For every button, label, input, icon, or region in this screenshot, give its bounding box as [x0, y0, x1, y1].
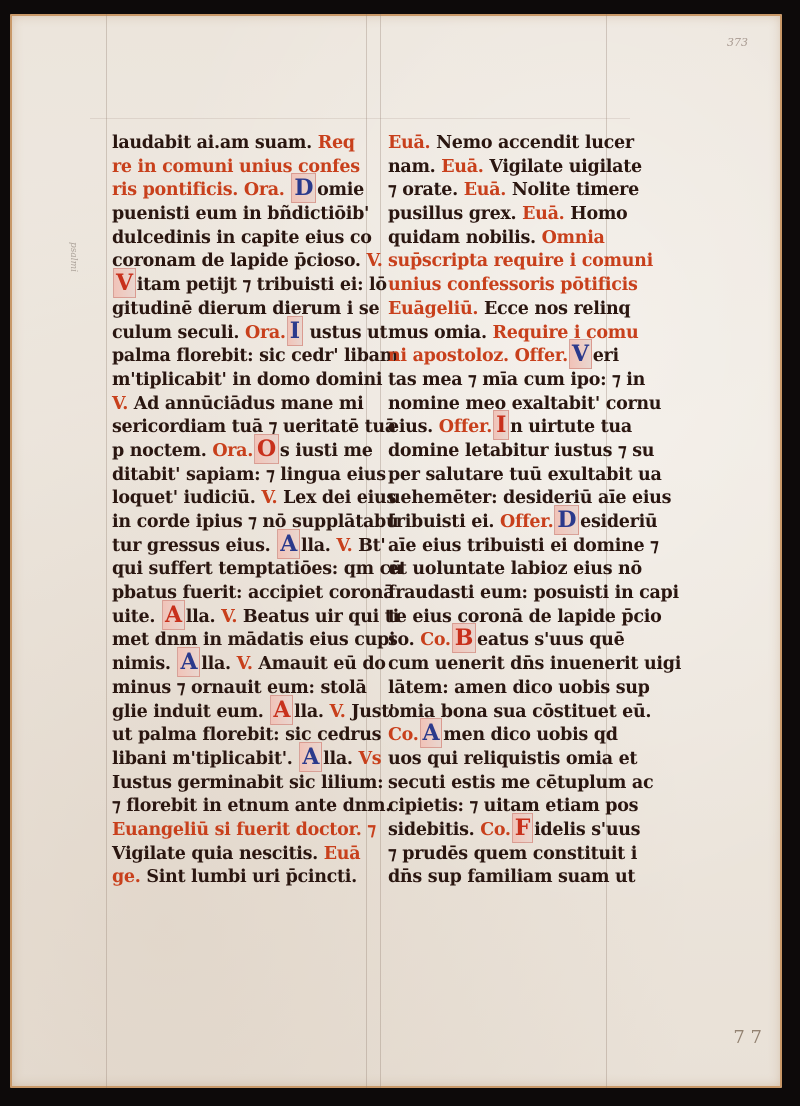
- text-segment: minus ⁊ ornauit eum: stolā: [112, 678, 367, 698]
- text-line: aīe eius tribuisti ei domine ⁊: [388, 535, 620, 559]
- illuminated-initial: D: [291, 173, 316, 203]
- rubric-text: Co.: [420, 630, 451, 650]
- illuminated-initial: I: [493, 410, 509, 440]
- rubric-text: V.: [336, 536, 352, 556]
- illuminated-initial: F: [512, 813, 533, 843]
- text-line: unius confessoris pōtificis: [388, 274, 620, 298]
- text-line: ⁊ florebit in etnum ante dnm.: [112, 795, 362, 819]
- text-segment: Just': [346, 702, 395, 722]
- text-segment: eri: [593, 346, 619, 366]
- text-line: dn̄s sup familiam suam ut: [388, 866, 620, 890]
- text-segment: cum uenerit dn̄s inuenerit uigi: [388, 654, 681, 674]
- rubric-text: Co.: [480, 820, 511, 840]
- text-line: Vitam petijt ⁊ tribuisti ei: lō: [112, 274, 362, 298]
- text-segment: uehemēter: desideriū aīe eius: [388, 488, 671, 508]
- text-segment: per salutare tuū exultabit ua: [388, 465, 662, 485]
- ruling-line-top: [90, 118, 630, 119]
- text-segment: sidebitis.: [388, 820, 480, 840]
- text-segment: tur gressus eius.: [112, 536, 276, 556]
- text-line: qui suffert temptatiōes: qm cū: [112, 558, 362, 582]
- text-line: met dnm in mādatis eius cupi: [112, 629, 362, 653]
- rubric-text: V.: [329, 702, 345, 722]
- text-line: re in comuni unius confes: [112, 156, 362, 180]
- text-segment: quidam nobilis.: [388, 228, 542, 248]
- text-line: m'tiplicabit' in domo domini: [112, 369, 362, 393]
- margin-annotation: psalmi: [68, 242, 78, 272]
- text-line: ut palma florebit: sic cedrus: [112, 724, 362, 748]
- rubric-text: unius confessoris pōtificis: [388, 275, 638, 295]
- text-segment: ⁊ florebit in etnum ante dnm.: [112, 796, 391, 816]
- text-line: nimis. Alla. V. Amauit eū do: [112, 653, 362, 677]
- text-line: fraudasti eum: posuisti in capi: [388, 582, 620, 606]
- illuminated-initial: B: [452, 623, 476, 653]
- text-segment: Sint lumbi uri p̄cincti.: [141, 867, 357, 887]
- text-line: ni apostoloz. Offer.Veri: [388, 345, 620, 369]
- text-line: ⁊ orate. Euā. Nolite timere: [388, 179, 620, 203]
- text-line: sup̄scripta require i comuni: [388, 250, 620, 274]
- rubric-text: ge.: [112, 867, 141, 887]
- rubric-text: Euā: [324, 844, 361, 864]
- rubric-text: ris pontificis. Ora.: [112, 180, 290, 200]
- text-line: Euā. Nemo accendit lucer: [388, 132, 620, 156]
- illuminated-initial: I: [287, 316, 303, 346]
- text-segment: Beatus uir qui ti: [237, 607, 399, 627]
- text-segment: culum seculi.: [112, 323, 245, 343]
- text-segment: met dnm in mādatis eius cupi: [112, 630, 395, 650]
- rubric-text: Omnia: [542, 228, 605, 248]
- rubric-text: V.: [261, 488, 277, 508]
- text-line: domine letabitur iustus ⁊ su: [388, 440, 620, 464]
- text-line: glie induit eum. Alla. V. Just': [112, 701, 362, 725]
- rubric-text: Vs: [359, 749, 382, 769]
- text-segment: Bt': [352, 536, 385, 556]
- text-segment: lla.: [201, 654, 236, 674]
- text-line: puenisti eum in bñdictiōib': [112, 203, 362, 227]
- text-line: laudabit ai.am suam. Req: [112, 132, 362, 156]
- illuminated-initial: V: [569, 339, 592, 369]
- text-segment: omie: [317, 180, 364, 200]
- text-segment: te eius coronā de lapide p̄cio: [388, 607, 661, 627]
- text-segment: eatus s'uus quē: [477, 630, 624, 650]
- text-segment: ut palma florebit: sic cedrus: [112, 725, 381, 745]
- rubric-text: V.: [237, 654, 253, 674]
- rubric-text: Euā.: [522, 204, 564, 224]
- text-line: Euāgeliū. Ecce nos relinq: [388, 298, 620, 322]
- text-segment: Lex dei eius: [277, 488, 396, 508]
- illuminated-initial: A: [277, 529, 300, 559]
- text-line: ditabit' sapiam: ⁊ lingua eius: [112, 464, 362, 488]
- text-segment: pusillus grex.: [388, 204, 522, 224]
- illuminated-initial: V: [113, 268, 136, 298]
- text-segment: lla.: [294, 702, 329, 722]
- text-segment: so.: [388, 630, 420, 650]
- text-segment: nimis.: [112, 654, 176, 674]
- illuminated-initial: O: [254, 434, 279, 464]
- text-segment: mus omia.: [388, 323, 493, 343]
- text-segment: et uoluntate labioz eius nō: [388, 559, 642, 579]
- text-segment: ustus ut: [304, 323, 388, 343]
- rubric-text: Euā.: [464, 180, 506, 200]
- rubric-text: ni apostoloz. Offer.: [388, 346, 568, 366]
- rubric-text: Euā.: [441, 157, 483, 177]
- text-segment: Homo: [564, 204, 627, 224]
- text-segment: tribuisti ei.: [388, 512, 500, 532]
- text-segment: qui suffert temptatiōes: qm cū: [112, 559, 402, 579]
- rubric-text: re in comuni unius confes: [112, 157, 360, 177]
- text-segment: puenisti eum in bñdictiōib': [112, 204, 369, 224]
- text-segment: eius.: [388, 417, 439, 437]
- text-segment: tas mea ⁊ mīa cum ipo: ⁊ in: [388, 370, 645, 390]
- text-line: gitudinē dierum dierum i se: [112, 298, 362, 322]
- text-segment: libani m'tiplicabit'.: [112, 749, 298, 769]
- rubric-text: Req: [318, 133, 355, 153]
- text-line: Co.Amen dico uobis qd: [388, 724, 620, 748]
- text-segment: pbatus fuerit: accipiet coronā: [112, 583, 394, 603]
- text-column-left: laudabit ai.am suam. Reqre in comuni uni…: [112, 132, 362, 890]
- text-segment: Iustus germinabit sic lilium:: [112, 773, 383, 793]
- text-segment: dulcedinis in capite eius co: [112, 228, 372, 248]
- text-segment: m'tiplicabit' in domo domini: [112, 370, 382, 390]
- rubric-text: Offer.: [500, 512, 553, 532]
- ruling-line-left-outer: [106, 14, 107, 1088]
- text-line: te eius coronā de lapide p̄cio: [388, 606, 620, 630]
- text-segment: palma florebit: sic cedr' libam: [112, 346, 398, 366]
- illuminated-initial: A: [162, 600, 185, 630]
- folio-number: 373: [727, 36, 748, 49]
- text-segment: uite.: [112, 607, 161, 627]
- text-segment: idelis s'uus: [534, 820, 640, 840]
- text-line: Euangeliū si fuerit doctor. ⁊: [112, 819, 362, 843]
- rubric-text: Offer.: [439, 417, 492, 437]
- text-segment: men dico uobis qd: [443, 725, 617, 745]
- text-line: Iustus germinabit sic lilium:: [112, 772, 362, 796]
- rubric-text: Co.: [388, 725, 419, 745]
- text-segment: secuti estis me cētuplum ac: [388, 773, 653, 793]
- corner-mark: 7 7: [733, 1027, 762, 1048]
- text-line: minus ⁊ ornauit eum: stolā: [112, 677, 362, 701]
- text-line: et uoluntate labioz eius nō: [388, 558, 620, 582]
- text-segment: glie induit eum.: [112, 702, 269, 722]
- text-segment: loquet' iudiciū.: [112, 488, 261, 508]
- text-line: ris pontificis. Ora. Domie: [112, 179, 362, 203]
- text-line: uehemēter: desideriū aīe eius: [388, 487, 620, 511]
- text-segment: laudabit ai.am suam.: [112, 133, 318, 153]
- rubric-text: Euāgeliū.: [388, 299, 478, 319]
- text-segment: Ecce nos relinq: [478, 299, 630, 319]
- text-line: eius. Offer.In uirtute tua: [388, 416, 620, 440]
- rubric-text: sup̄scripta require i comuni: [388, 251, 653, 271]
- text-line: V. Ad annūciādus mane mi: [112, 393, 362, 417]
- text-segment: aīe eius tribuisti ei domine ⁊: [388, 536, 659, 556]
- text-line: Vigilate quia nescitis. Euā: [112, 843, 362, 867]
- text-line: coronam de lapide p̄cioso. V.: [112, 250, 362, 274]
- text-line: pbatus fuerit: accipiet coronā: [112, 582, 362, 606]
- illuminated-initial: A: [177, 647, 200, 677]
- text-segment: lla.: [301, 536, 336, 556]
- text-segment: dn̄s sup familiam suam ut: [388, 867, 635, 887]
- text-line: uite. Alla. V. Beatus uir qui ti: [112, 606, 362, 630]
- text-line: ge. Sint lumbi uri p̄cincti.: [112, 866, 362, 890]
- text-line: cipietis: ⁊ uitam etiam pos: [388, 795, 620, 819]
- rubric-text: V.: [221, 607, 237, 627]
- text-segment: in corde ipius ⁊ nō supplātabū: [112, 512, 398, 532]
- text-segment: nomine meo exaltabit' cornu: [388, 394, 661, 414]
- text-line: palma florebit: sic cedr' libam: [112, 345, 362, 369]
- text-segment: p noctem.: [112, 441, 212, 461]
- rubric-text: V.: [367, 251, 383, 271]
- rubric-text: Ora.: [212, 441, 253, 461]
- text-segment: Vigilate uigilate: [484, 157, 642, 177]
- text-segment: Ad annūciādus mane mi: [128, 394, 363, 414]
- text-line: so. Co.Beatus s'uus quē: [388, 629, 620, 653]
- text-column-right: Euā. Nemo accendit lucernam. Euā. Vigila…: [388, 132, 620, 890]
- text-line: tribuisti ei. Offer.Desideriū: [388, 511, 620, 535]
- illuminated-initial: D: [554, 505, 579, 535]
- text-segment: coronam de lapide p̄cioso.: [112, 251, 367, 271]
- text-line: culum seculi. Ora.I ustus ut: [112, 322, 362, 346]
- text-segment: ditabit' sapiam: ⁊ lingua eius: [112, 465, 386, 485]
- text-segment: uos qui reliquistis omia et: [388, 749, 637, 769]
- text-segment: n uirtute tua: [510, 417, 632, 437]
- illuminated-initial: A: [420, 718, 443, 748]
- illuminated-initial: A: [299, 742, 322, 772]
- text-segment: fraudasti eum: posuisti in capi: [388, 583, 679, 603]
- text-line: tas mea ⁊ mīa cum ipo: ⁊ in: [388, 369, 620, 393]
- text-segment: domine letabitur iustus ⁊ su: [388, 441, 654, 461]
- manuscript-leaf: 373 psalmi 7 7 laudabit ai.am suam. Reqr…: [10, 14, 782, 1088]
- text-segment: Vigilate quia nescitis.: [112, 844, 324, 864]
- text-segment: ⁊ orate.: [388, 180, 464, 200]
- text-line: cum uenerit dn̄s inuenerit uigi: [388, 653, 620, 677]
- text-segment: lla.: [323, 749, 358, 769]
- text-segment: ⁊ prudēs quem constituit i: [388, 844, 637, 864]
- text-segment: Nolite timere: [506, 180, 639, 200]
- text-line: lātem: amen dico uobis sup: [388, 677, 620, 701]
- text-segment: lātem: amen dico uobis sup: [388, 678, 650, 698]
- text-line: p noctem. Ora.Os iusti me: [112, 440, 362, 464]
- text-line: tur gressus eius. Alla. V. Bt': [112, 535, 362, 559]
- text-segment: gitudinē dierum dierum i se: [112, 299, 379, 319]
- text-line: sericordiam tuā ⁊ ueritatē tuā: [112, 416, 362, 440]
- rubric-text: V.: [112, 394, 128, 414]
- text-segment: itam petijt ⁊ tribuisti ei: lō: [137, 275, 387, 295]
- text-segment: Amauit eū do: [253, 654, 386, 674]
- text-line: pusillus grex. Euā. Homo: [388, 203, 620, 227]
- text-line: uos qui reliquistis omia et: [388, 748, 620, 772]
- text-line: loquet' iudiciū. V. Lex dei eius: [112, 487, 362, 511]
- text-segment: nam.: [388, 157, 441, 177]
- text-line: in corde ipius ⁊ nō supplātabū: [112, 511, 362, 535]
- rubric-text: Euangeliū si fuerit doctor. ⁊: [112, 820, 376, 840]
- rubric-text: Ora.: [245, 323, 286, 343]
- rubric-text: Require i comu: [493, 323, 639, 343]
- text-line: sidebitis. Co.Fidelis s'uus: [388, 819, 620, 843]
- text-line: nam. Euā. Vigilate uigilate: [388, 156, 620, 180]
- text-line: per salutare tuū exultabit ua: [388, 464, 620, 488]
- text-segment: lla.: [186, 607, 221, 627]
- text-segment: s iusti me: [280, 441, 373, 461]
- text-line: quidam nobilis. Omnia: [388, 227, 620, 251]
- text-line: secuti estis me cētuplum ac: [388, 772, 620, 796]
- text-line: dulcedinis in capite eius co: [112, 227, 362, 251]
- rubric-text: Euā.: [388, 133, 430, 153]
- text-segment: Nemo accendit lucer: [430, 133, 633, 153]
- text-segment: esideriū: [580, 512, 657, 532]
- text-line: ⁊ prudēs quem constituit i: [388, 843, 620, 867]
- text-line: libani m'tiplicabit'. Alla. Vs: [112, 748, 362, 772]
- illuminated-initial: A: [270, 695, 293, 725]
